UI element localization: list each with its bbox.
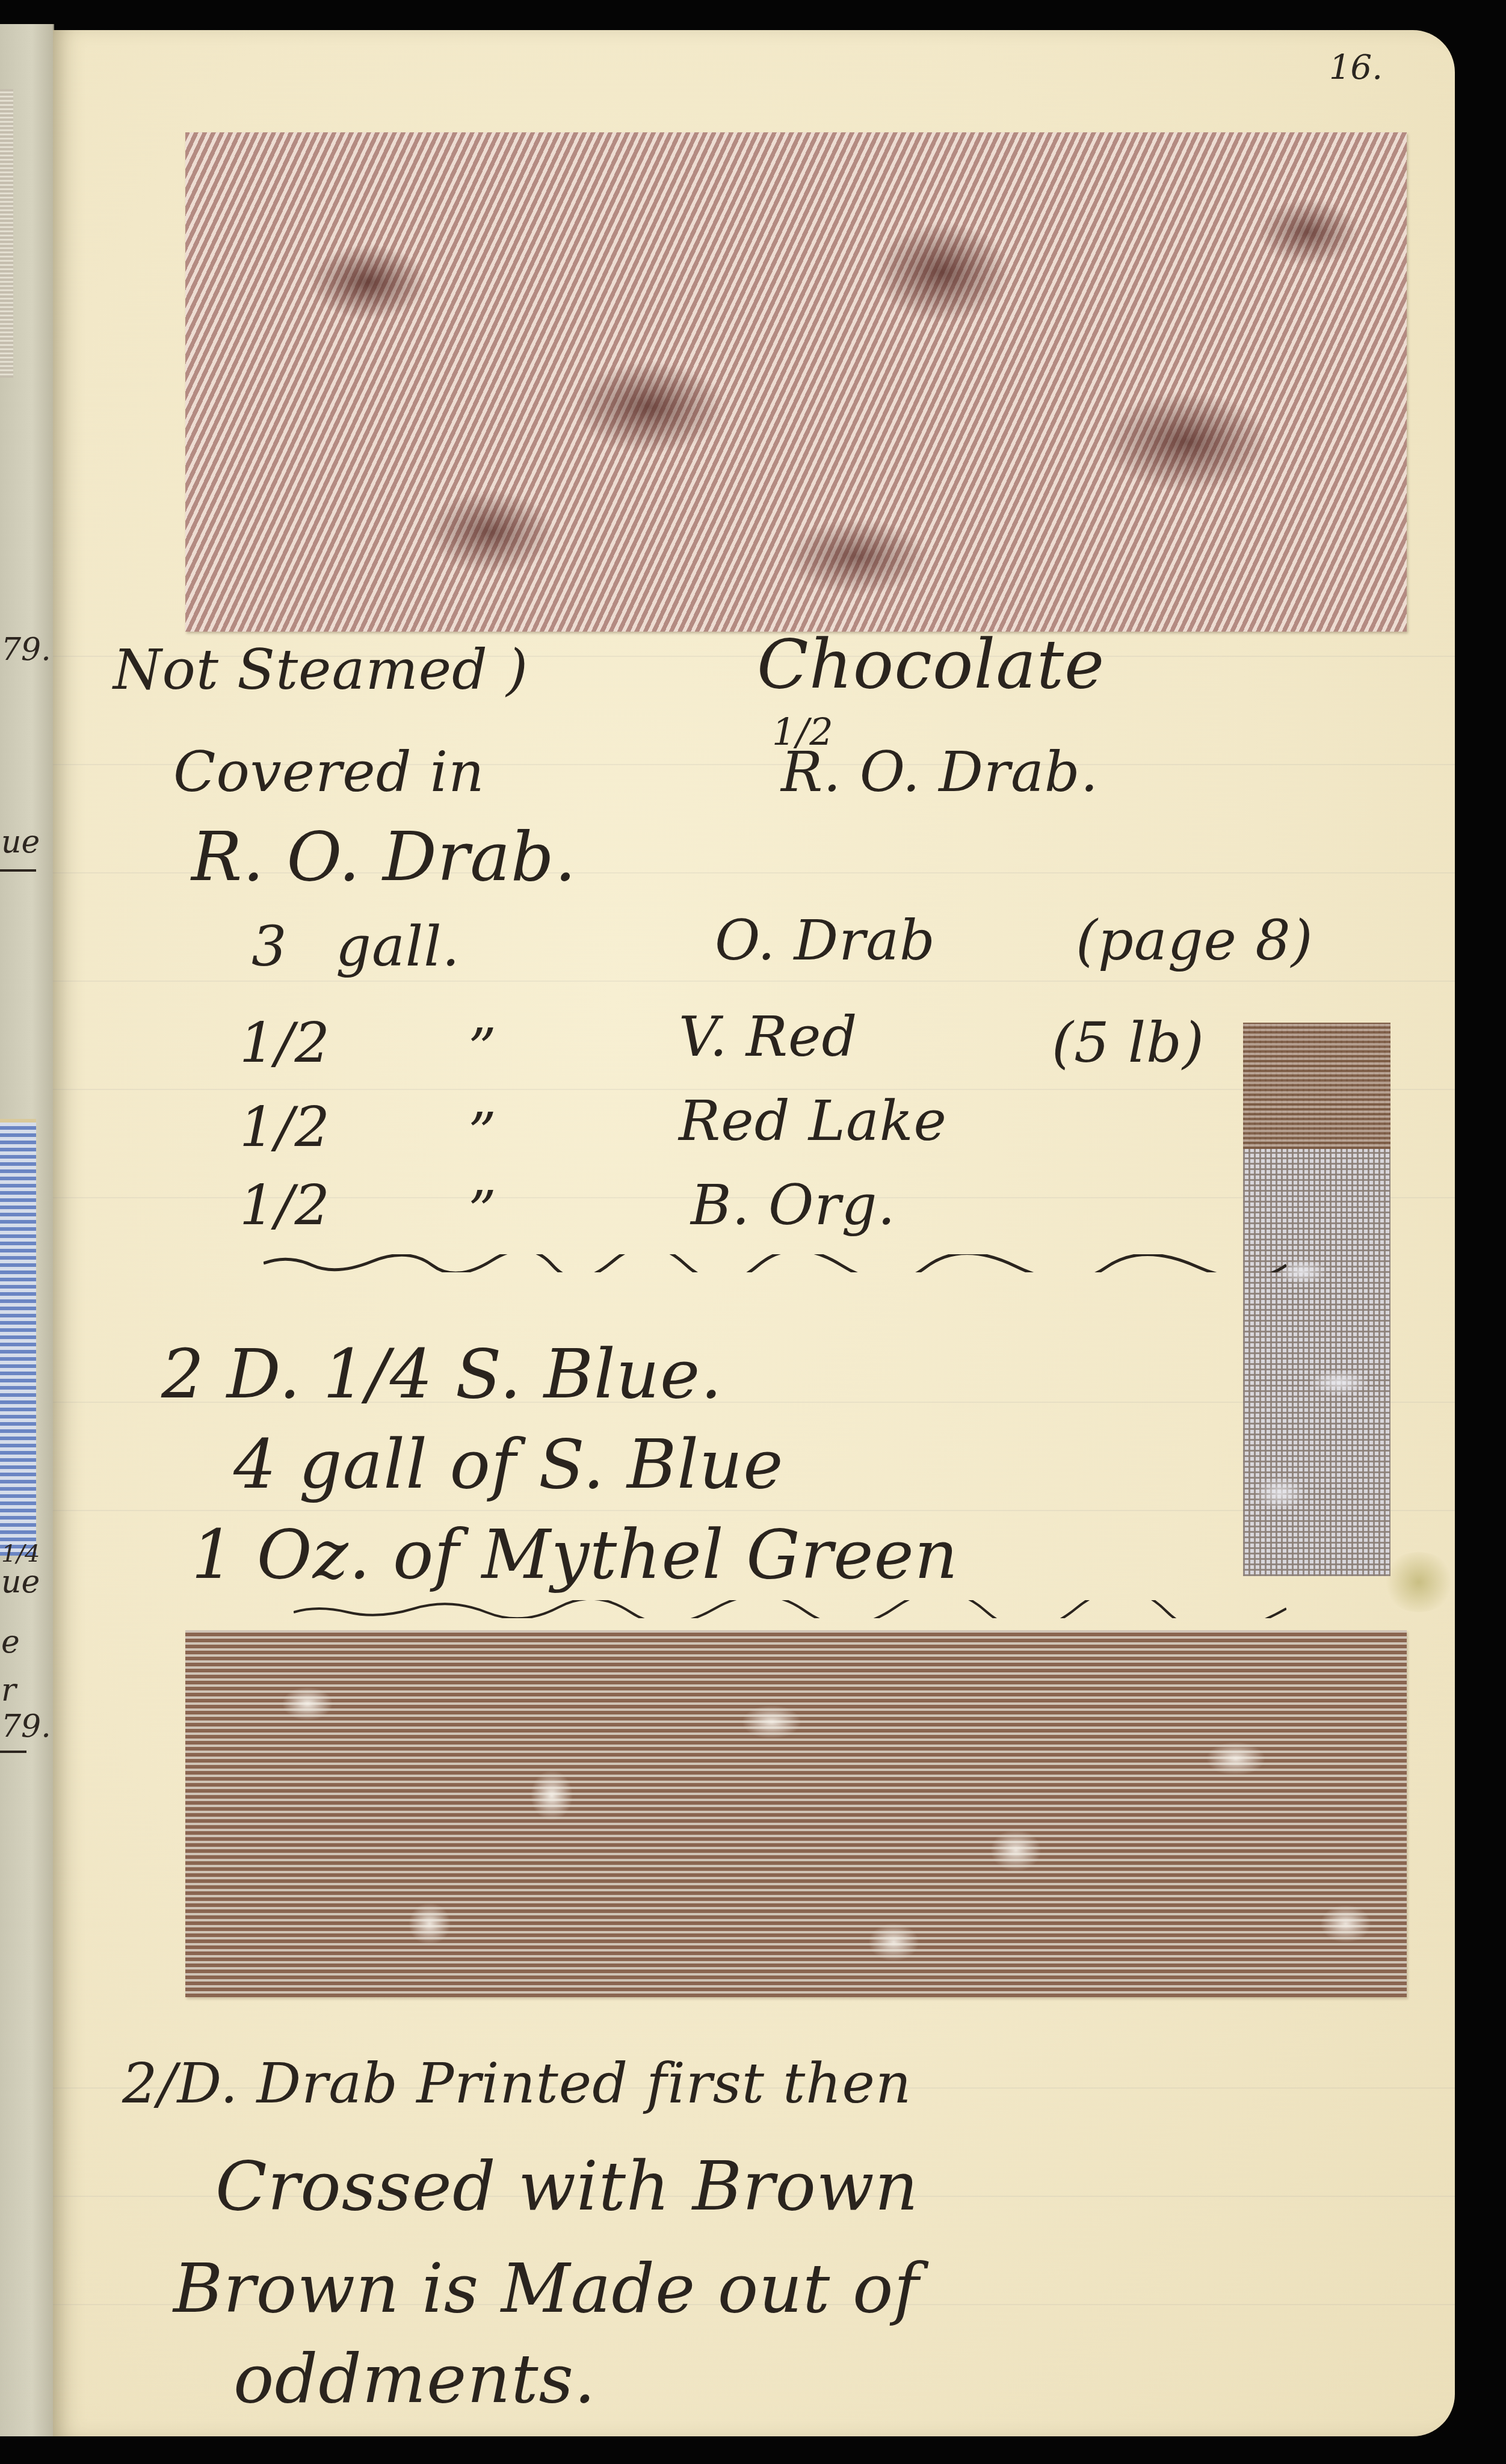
- ingredient-unit: ”: [468, 1101, 497, 1165]
- facing-note: ue: [1, 1564, 40, 1600]
- ingredient-note: (page 8): [1076, 908, 1313, 973]
- covered-in-value: R. O. Drab.: [781, 740, 1099, 804]
- fabric-swatch-chocolate-twill: [185, 132, 1407, 632]
- ingredient-name: V. Red: [679, 1005, 857, 1069]
- fabric-swatch-brocade: [185, 1630, 1407, 1997]
- facing-swatch-top: [0, 89, 13, 378]
- recipe-title-chocolate: Chocolate: [757, 626, 1105, 704]
- recipe-base: R. O. Drab.: [191, 818, 576, 896]
- ingredient-qty: 1/2: [239, 1011, 330, 1075]
- facing-rule: [0, 869, 36, 872]
- ingredient-unit: ”: [468, 1179, 497, 1243]
- ingredient-name: B. Org.: [691, 1173, 896, 1237]
- footnote-line: Crossed with Brown: [215, 2148, 919, 2226]
- facing-rule: [0, 1751, 26, 1753]
- page-number: 16.: [1329, 48, 1383, 87]
- recipe-2-line: 4 gall of S. Blue: [233, 1426, 784, 1504]
- facing-note: 79.: [1, 632, 51, 668]
- wavy-divider: [294, 1600, 1286, 1618]
- notebook-page: 16. Not Steamed ) Chocolate Covered in 1…: [53, 30, 1455, 2436]
- facing-page: 79. ue 1/4 ue e r 79.: [0, 24, 54, 2436]
- facing-note: e: [1, 1624, 20, 1660]
- footnote-line: 2/D. Drab Printed first then: [122, 2051, 912, 2116]
- footnote-line: Brown is Made out of: [173, 2250, 919, 2328]
- ingredient-name: Red Lake: [679, 1089, 947, 1153]
- ingredient-qty: 1/2: [239, 1095, 330, 1159]
- ingredient-note: (5 lb): [1052, 1011, 1205, 1075]
- ingredient-unit: gall.: [336, 914, 460, 979]
- recipe-note-not-steamed: Not Steamed ): [113, 638, 528, 702]
- facing-note: ue: [1, 824, 40, 860]
- facing-note: 79.: [1, 1708, 51, 1745]
- ingredient-qty: 3: [252, 914, 288, 979]
- recipe-2-line: 1 Oz. of Mythel Green: [191, 1516, 958, 1594]
- ingredient-name: O. Drab: [715, 908, 936, 973]
- covered-in-label: Covered in: [173, 740, 484, 804]
- wavy-divider: [264, 1254, 1286, 1272]
- fabric-swatch-brown-band: [1243, 1023, 1390, 1149]
- footnote-line: oddments.: [233, 2340, 596, 2418]
- facing-note: r: [1, 1672, 16, 1708]
- facing-swatch-blue: [0, 1119, 36, 1556]
- recipe-2-title: 2 D. 1/4 S. Blue.: [161, 1335, 723, 1414]
- ingredient-unit: ”: [468, 1017, 497, 1081]
- stain: [1383, 1552, 1455, 1612]
- ruled-line: [53, 981, 1455, 982]
- ingredient-qty: 1/2: [239, 1173, 330, 1237]
- fabric-swatch-check-strip: [1243, 1023, 1390, 1576]
